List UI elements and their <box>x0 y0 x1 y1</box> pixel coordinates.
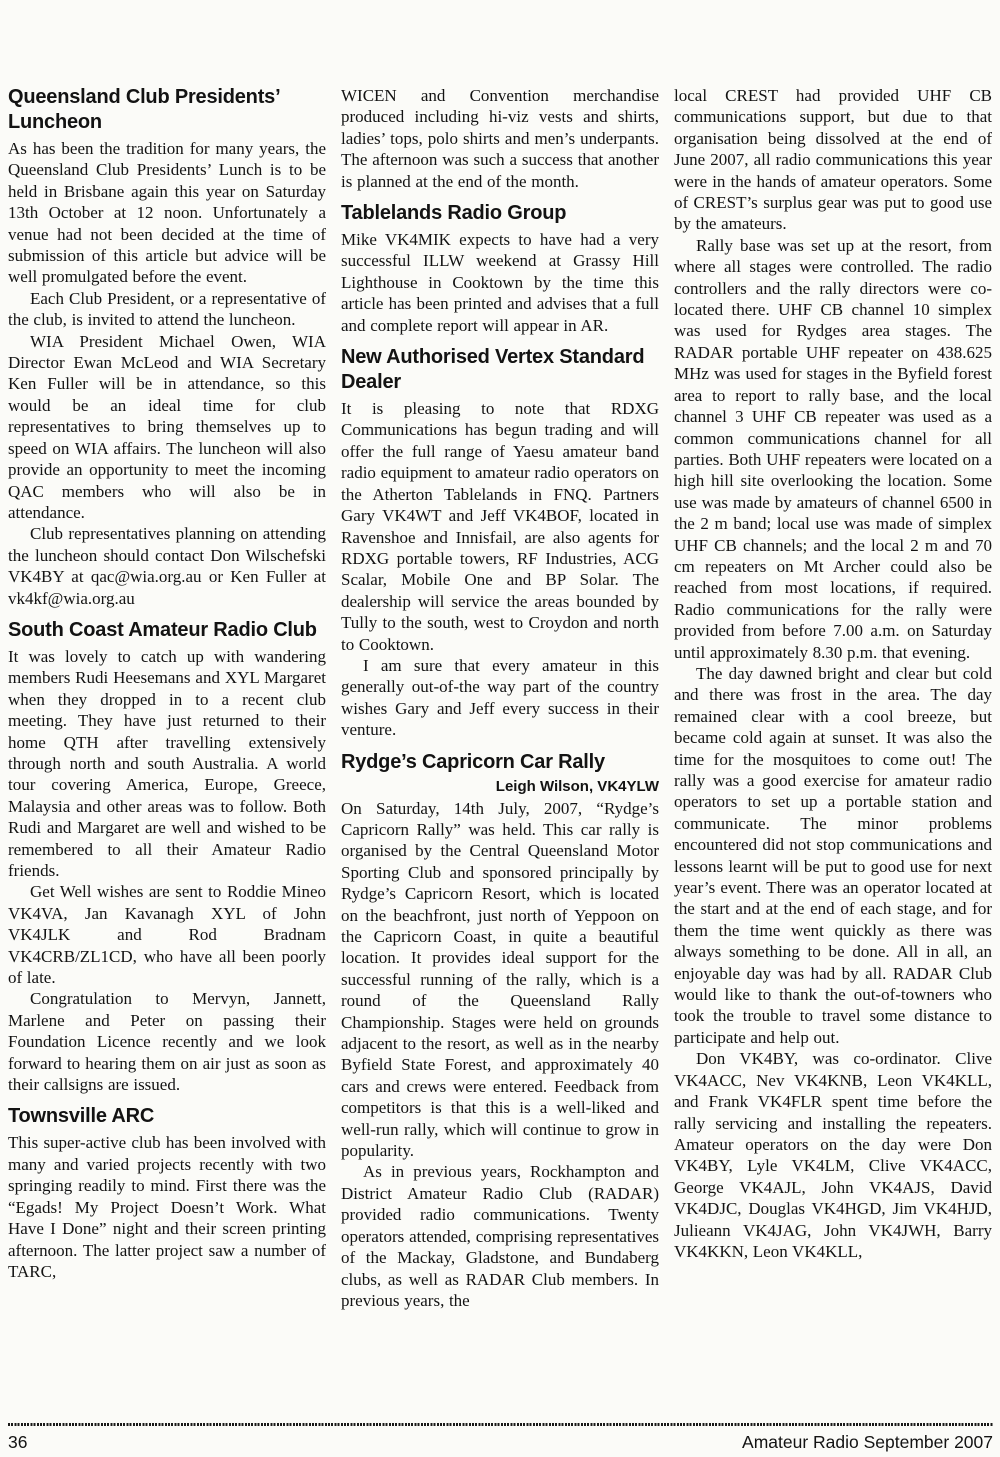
section-heading-tablelands-radio-group: Tablelands Radio Group <box>341 201 659 226</box>
paragraph: WIA President Michael Owen, WIA Director… <box>8 331 326 524</box>
footer-row: 36 Amateur Radio September 2007 <box>8 1426 993 1453</box>
section-heading-capricorn-car-rally: Rydge’s Capricorn Car Rally <box>341 750 659 775</box>
paragraph: Rally base was set up at the resort, fro… <box>674 235 992 663</box>
paragraph: Each Club President, or a representative… <box>8 288 326 331</box>
paragraph: On Saturday, 14th July, 2007, “Rydge’s C… <box>341 798 659 1162</box>
three-column-layout: Queensland Club Presidents’ Luncheon As … <box>8 85 992 1421</box>
section-heading-vertex-dealer: New Authorised Vertex Standard Dealer <box>341 345 659 395</box>
section-heading-south-coast-arc: South Coast Amateur Radio Club <box>8 618 326 643</box>
page-footer: 36 Amateur Radio September 2007 <box>8 1423 993 1453</box>
column-left: Queensland Club Presidents’ Luncheon As … <box>8 85 326 1421</box>
magazine-page: Queensland Club Presidents’ Luncheon As … <box>0 0 1000 1457</box>
paragraph: Don VK4BY, was co-ordinator. Clive VK4AC… <box>674 1048 992 1262</box>
paragraph-continuation: local CREST had provided UHF CB communic… <box>674 85 992 235</box>
paragraph: As in previous years, Rockhampton and Di… <box>341 1161 659 1311</box>
paragraph: I am sure that every amateur in this gen… <box>341 655 659 741</box>
column-middle: WICEN and Convention merchandise produce… <box>341 85 659 1421</box>
paragraph: This super-active club has been involved… <box>8 1132 326 1282</box>
magazine-issue-title: Amateur Radio September 2007 <box>742 1432 993 1453</box>
paragraph: Club representatives planning on attendi… <box>8 523 326 609</box>
section-heading-townsville-arc: Townsville ARC <box>8 1104 326 1129</box>
paragraph: The day dawned bright and clear but cold… <box>674 663 992 1048</box>
paragraph: It is pleasing to note that RDXG Communi… <box>341 398 659 655</box>
paragraph: Get Well wishes are sent to Roddie Mineo… <box>8 881 326 988</box>
paragraph: It was lovely to catch up with wandering… <box>8 646 326 881</box>
section-heading-queensland-luncheon: Queensland Club Presidents’ Luncheon <box>8 85 326 135</box>
paragraph: Mike VK4MIK expects to have had a very s… <box>341 229 659 336</box>
column-right: local CREST had provided UHF CB communic… <box>674 85 992 1421</box>
paragraph: As has been the tradition for many years… <box>8 138 326 288</box>
page-number: 36 <box>8 1432 27 1453</box>
paragraph-continuation: WICEN and Convention merchandise produce… <box>341 85 659 192</box>
article-byline: Leigh Wilson, VK4YLW <box>341 778 659 796</box>
paragraph: Congratulation to Mervyn, Jannett, Marle… <box>8 988 326 1095</box>
